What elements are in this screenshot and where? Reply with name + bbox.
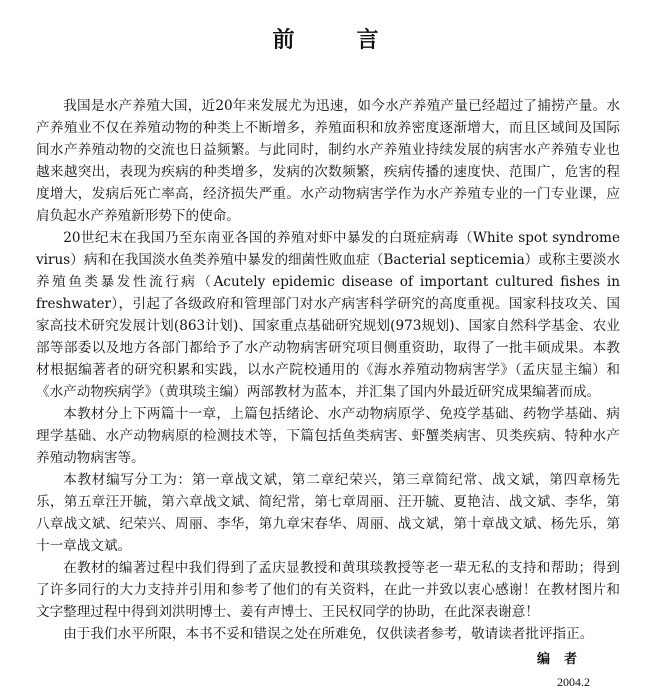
date: 2004.2 [557,674,590,690]
title-char-2: 言 [357,28,379,54]
paragraph-acknowledgements: 在教材的编著过程中我们得到了孟庆显教授和黄琪琰教授等老一辈无私的支持和帮助；得到… [36,557,620,623]
paragraph-disease-research: 20世纪末在我国乃至东南亚各国的养殖对虾中暴发的白斑症病毒（White spot… [36,227,620,403]
paragraph-intro: 我国是水产养殖大国，近20年来发展尤为迅速，如今水产养殖产量已经超过了捕捞产量。… [36,95,620,227]
paragraph-authors: 本教材编写分工为：第一章战文斌，第二章纪荣兴，第三章简纪常、战文斌，第四章杨先乐… [36,469,620,557]
signature: 编者 [537,651,591,669]
page-title: 前言 [0,28,651,54]
title-char-1: 前 [272,28,294,54]
paragraph-disclaimer: 由于我们水平所限，本书不妥和错误之处在所难免，仅供读者参考，敬请读者批评指正。 [36,623,620,645]
preface-body: 我国是水产养殖大国，近20年来发展尤为迅速，如今水产养殖产量已经超过了捕捞产量。… [36,95,620,645]
paragraph-structure: 本教材分上下两篇十一章，上篇包括绪论、水产动物病原学、免疫学基础、药物学基础、病… [36,403,620,469]
